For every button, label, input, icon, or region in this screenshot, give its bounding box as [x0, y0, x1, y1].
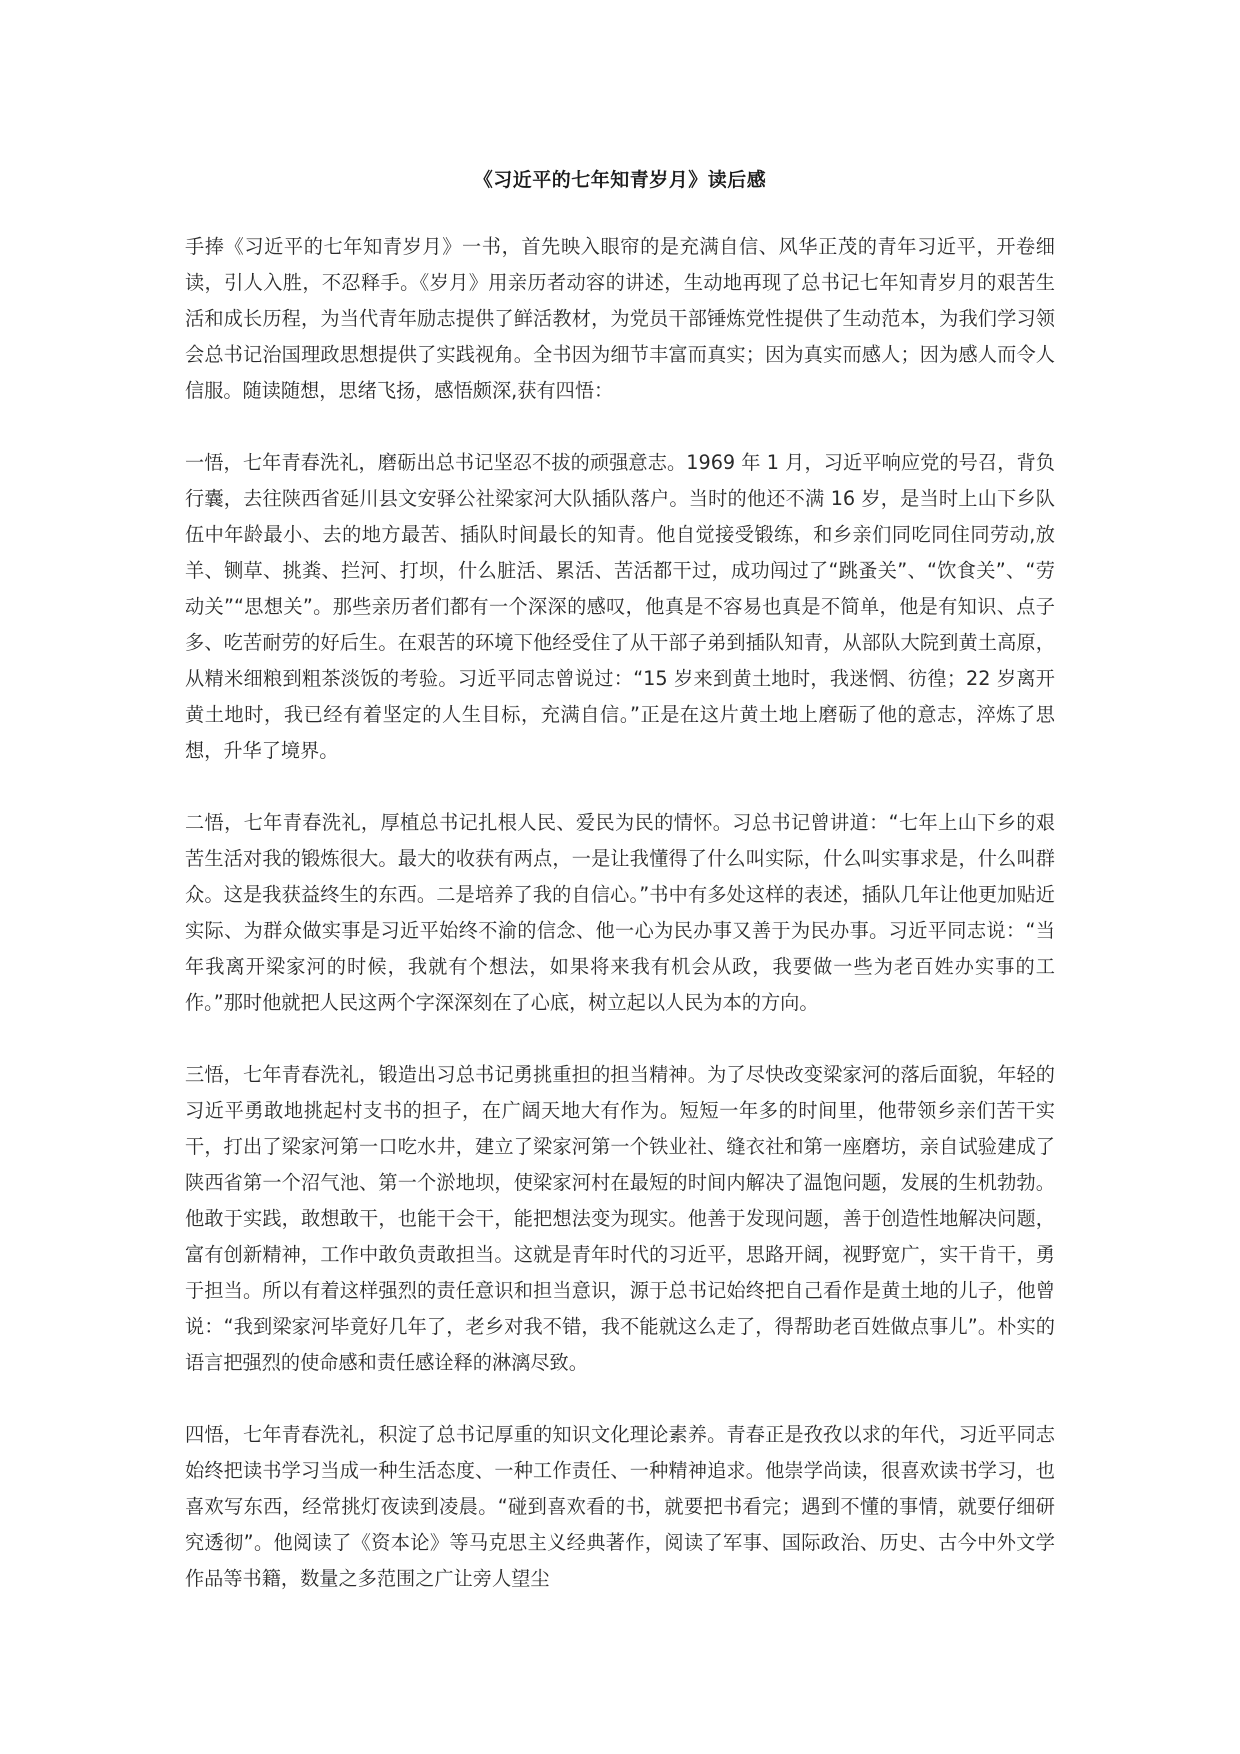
document-title: 《习近平的七年知青岁月》读后感 [185, 165, 1055, 195]
document-page: 《习近平的七年知青岁月》读后感 手捧《习近平的七年知青岁月》一书，首先映入眼帘的… [185, 165, 1055, 1633]
paragraph-third-insight: 三悟，七年青春洗礼，锻造出习总书记勇挑重担的担当精神。为了尽快改变梁家河的落后面… [185, 1057, 1055, 1381]
paragraph-intro: 手捧《习近平的七年知青岁月》一书，首先映入眼帘的是充满自信、风华正茂的青年习近平… [185, 229, 1055, 409]
paragraph-fourth-insight: 四悟，七年青春洗礼，积淀了总书记厚重的知识文化理论素养。青春正是孜孜以求的年代，… [185, 1417, 1055, 1597]
paragraph-second-insight: 二悟，七年青春洗礼，厚植总书记扎根人民、爱民为民的情怀。习总书记曾讲道：“七年上… [185, 805, 1055, 1021]
paragraph-first-insight: 一悟，七年青春洗礼，磨砺出总书记坚忍不拔的顽强意志。1969 年 1 月，习近平… [185, 445, 1055, 769]
